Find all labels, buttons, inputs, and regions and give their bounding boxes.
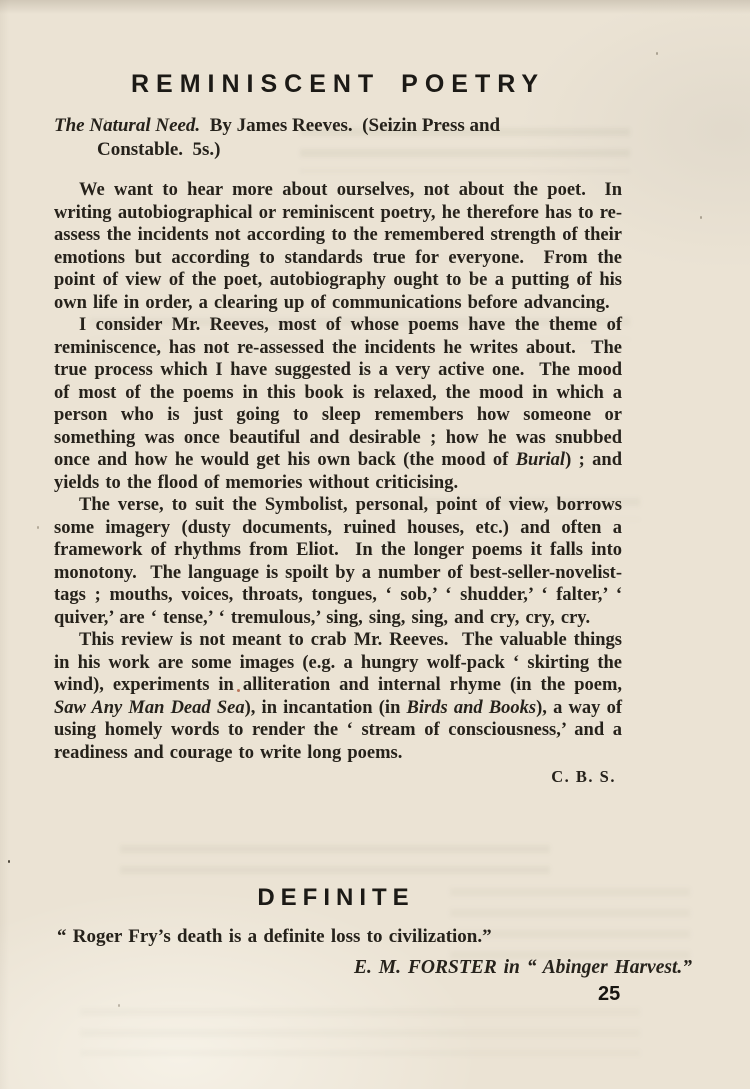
citation-line-2: Constable. 5s.)	[54, 138, 622, 162]
forster-quote: “ Roger Fry’s death is a definite loss t…	[57, 926, 492, 948]
paragraph-4: This review is not meant to crab Mr. Ree…	[54, 629, 622, 764]
paragraph-1: We want to hear more about ourselves, no…	[54, 179, 622, 314]
paragraph-2: I consider Mr. Reeves, most of whose poe…	[54, 314, 622, 494]
page-number: 25	[598, 983, 620, 1006]
review-body: We want to hear more about ourselves, no…	[54, 179, 622, 787]
show-through-ghost	[80, 1008, 640, 1056]
quote-attribution: E. M. FORSTER in “ Abinger Harvest.”	[354, 957, 692, 979]
article-title: REMINISCENT POETRY	[54, 70, 622, 99]
show-through-ghost	[120, 845, 550, 879]
paper-specks	[8, 860, 10, 863]
definite-section-title: DEFINITE	[0, 884, 672, 912]
paragraph-3: The verse, to suit the Symbolist, person…	[54, 494, 622, 629]
scanned-book-page: REMINISCENT POETRY The Natural Need. By …	[0, 0, 750, 1089]
reviewer-initials: C. B. S.	[54, 767, 616, 787]
citation-line-1: The Natural Need. By James Reeves. (Seiz…	[54, 115, 500, 136]
review-article: REMINISCENT POETRY The Natural Need. By …	[54, 70, 622, 787]
book-citation: The Natural Need. By James Reeves. (Seiz…	[54, 114, 622, 162]
